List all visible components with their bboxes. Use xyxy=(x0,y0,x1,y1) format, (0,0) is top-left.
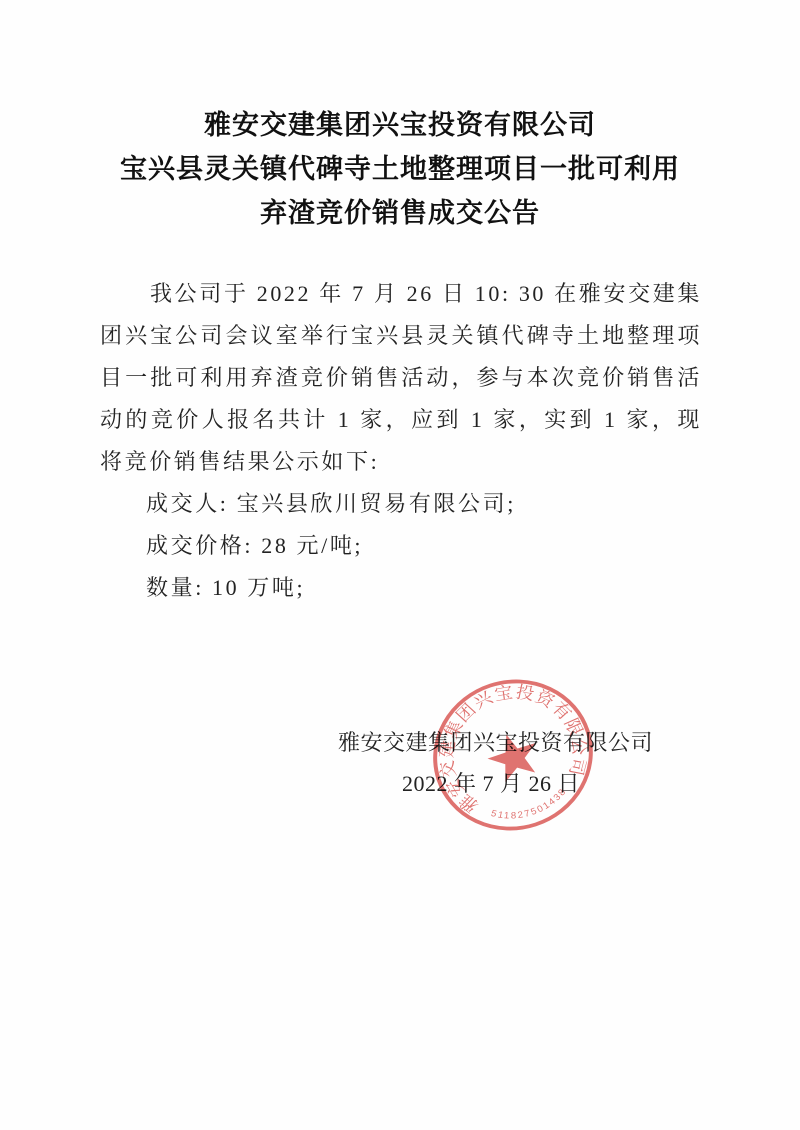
seal-number: 511827501438 xyxy=(487,784,574,831)
svg-text:511827501438: 511827501438 xyxy=(487,784,574,831)
intro-paragraph: 我公司于 2022 年 7 月 26 日 10: 30 在雅安交建集团兴宝公司会… xyxy=(100,273,702,483)
deal-quantity-line: 数量: 10 万吨; xyxy=(100,567,702,609)
deal-winner-line: 成交人: 宝兴县欣川贸易有限公司; xyxy=(100,483,702,525)
seal-star-icon xyxy=(482,727,544,786)
official-seal: 雅安交建集团兴宝投资有限公司 511827501438 xyxy=(403,649,624,862)
title-line-3: 弃渣竞价销售成交公告 xyxy=(60,191,740,235)
page-title: 雅安交建集团兴宝投资有限公司 宝兴县灵关镇代碑寺土地整理项目一批可利用 弃渣竞价… xyxy=(60,103,740,235)
title-line-1: 雅安交建集团兴宝投资有限公司 xyxy=(60,103,740,147)
seal-graphic: 雅安交建集团兴宝投资有限公司 511827501438 xyxy=(416,661,610,848)
deal-price-line: 成交价格: 28 元/吨; xyxy=(100,525,702,567)
announcement-body: 我公司于 2022 年 7 月 26 日 10: 30 在雅安交建集团兴宝公司会… xyxy=(100,273,702,609)
title-line-2: 宝兴县灵关镇代碑寺土地整理项目一批可利用 xyxy=(60,147,740,191)
announcement-page: 雅安交建集团兴宝投资有限公司 宝兴县灵关镇代碑寺土地整理项目一批可利用 弃渣竞价… xyxy=(0,0,800,1130)
